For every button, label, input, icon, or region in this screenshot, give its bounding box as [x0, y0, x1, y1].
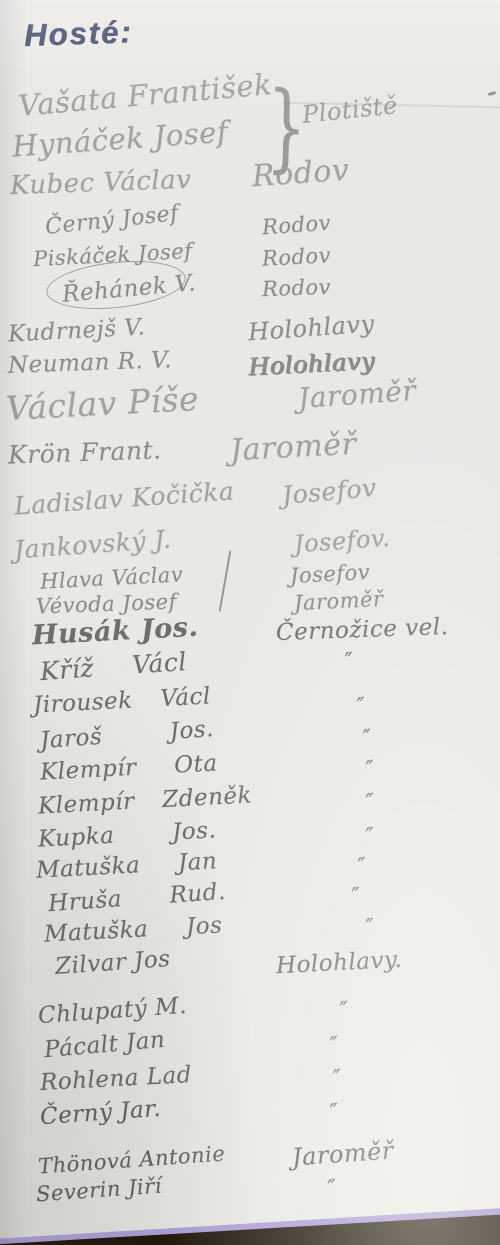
guest-name: Kudrnejš V.: [7, 314, 145, 347]
guest-name: Jirousek Václ: [32, 683, 211, 718]
guest-name: Kříž Václ: [39, 647, 188, 686]
guest-place: Rodov: [251, 153, 351, 195]
guest-name: Jaroš Jos.: [39, 716, 214, 754]
guest-name: Chlupatý M.: [37, 993, 187, 1029]
page-title: Hosté:: [23, 14, 133, 54]
guest-name: Hynáček Josef: [11, 115, 229, 164]
guest-name: Matuška Jan: [35, 848, 217, 883]
guest-place: Rodov: [261, 211, 331, 240]
ditto-mark: ″: [329, 1033, 340, 1059]
guest-name: Kubec Václav: [10, 165, 192, 201]
guest-name: Ladislav Kočička: [13, 476, 235, 520]
guest-name: Pácalt Jan: [43, 1027, 166, 1063]
guest-name: Jankovský J.: [13, 525, 172, 565]
guest-name: Neuman R. V.: [8, 347, 173, 379]
guest-place: Holohlavy: [247, 310, 375, 347]
guest-name: Hlava Václav: [39, 562, 183, 593]
guest-place: Rodov: [261, 243, 331, 271]
ditto-mark: ″: [365, 824, 376, 850]
guest-place: Josefov: [289, 560, 370, 588]
ditto-mark: ″: [356, 694, 367, 720]
guest-name: Černý Jar.: [39, 1096, 162, 1130]
guest-place: Plotiště: [301, 91, 399, 129]
guest-place: Jaroměř: [293, 587, 384, 616]
guest-name: Klempír Zdeněk: [37, 782, 252, 819]
guest-name: Kupka Jos.: [37, 817, 216, 852]
ditto-mark: ″: [344, 649, 355, 675]
ditto-mark: ″: [339, 998, 350, 1024]
ditto-mark: ″: [365, 757, 376, 783]
stroke-mark: [219, 550, 232, 611]
guest-name: Matuška Jos: [43, 912, 223, 947]
guest-name: Vašata František: [17, 67, 273, 123]
guest-name: Václav Píše: [5, 379, 200, 428]
paper-speck: [488, 91, 497, 96]
guest-place: Holohlavy.: [275, 947, 402, 980]
guest-place: Černožice vel.: [276, 614, 449, 646]
guest-place: Rodov: [262, 275, 332, 301]
ditto-mark: ″: [362, 726, 373, 752]
page-edge: [0, 1199, 500, 1245]
guest-name: Krön Frant.: [8, 435, 162, 469]
guest-name: Zilvar Jos: [54, 946, 171, 980]
ditto-mark: ″: [351, 884, 362, 910]
guest-name: Rohlena Lad: [39, 1062, 192, 1096]
guest-name: Klempír Ota: [39, 750, 218, 785]
guest-place: Josefov: [281, 473, 378, 510]
guest-place: Jaroměř: [297, 374, 417, 415]
ditto-mark: ″: [365, 790, 376, 816]
ditto-mark: ″: [329, 1100, 340, 1126]
guest-name: Černý Josef: [44, 201, 180, 240]
guest-place: Holohlavy: [247, 347, 375, 382]
guest-name: Thönová Antonie: [37, 1141, 226, 1178]
guest-place: Jaroměř: [291, 1136, 395, 1171]
ditto-mark: ″: [332, 1066, 343, 1092]
notebook-page: Hosté: } Vašata František Hynáček Josef …: [0, 0, 500, 1245]
guest-place: Jaroměř: [229, 427, 357, 469]
ditto-mark: ″: [327, 1176, 338, 1202]
guest-place: Josefov.: [293, 524, 391, 559]
ditto-mark: ″: [357, 854, 368, 880]
guest-name: Hruša Rud.: [47, 879, 226, 917]
ditto-mark: ″: [365, 915, 376, 941]
